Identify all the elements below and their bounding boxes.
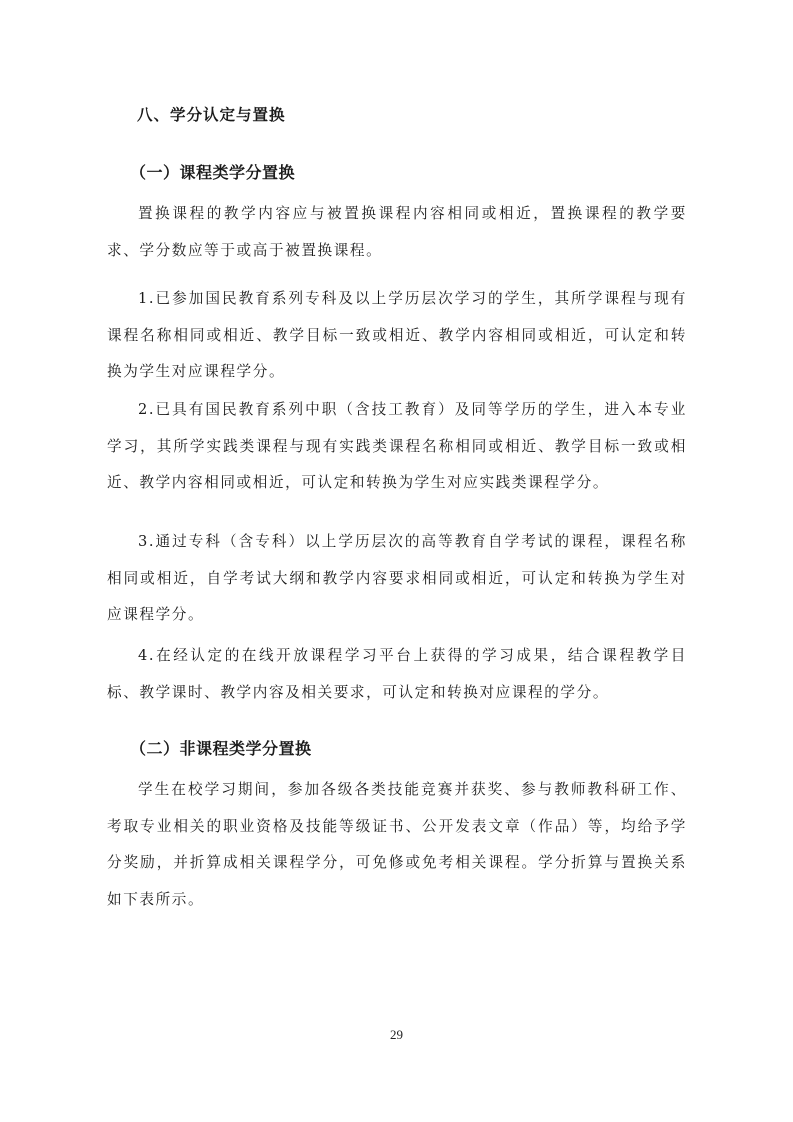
paragraph-item-4: 4.在经认定的在线开放课程学习平台上获得的学习成果，结合课程教学目标、教学课时、… [107,638,687,711]
page-number: 29 [0,1027,793,1043]
document-page: 八、学分认定与置换 （一）课程类学分置换 置换课程的教学内容应与被置换课程内容相… [0,0,793,1122]
paragraph-item-2: 2.已具有国民教育系列中职（含技工教育）及同等学历的学生，进入本专业学习，其所学… [107,392,687,502]
paragraph-item-1: 1.已参加国民教育系列专科及以上学历层次学习的学生，其所学课程与现有课程名称相同… [107,281,687,391]
paragraph-non-course: 学生在校学习期间，参加各级各类技能竞赛并获奖、参与教师教科研工作、考取专业相关的… [107,772,687,918]
subsection-heading-course-credit: （一）课程类学分置换 [130,160,295,183]
subsection-heading-non-course-credit: （二）非课程类学分置换 [130,736,312,759]
section-title: 八、学分认定与置换 [137,103,286,125]
paragraph-intro: 置换课程的教学内容应与被置换课程内容相同或相近，置换课程的教学要求、学分数应等于… [107,196,687,269]
paragraph-item-3: 3.通过专科（含专科）以上学历层次的高等教育自学考试的课程，课程名称相同或相近，… [107,524,687,634]
